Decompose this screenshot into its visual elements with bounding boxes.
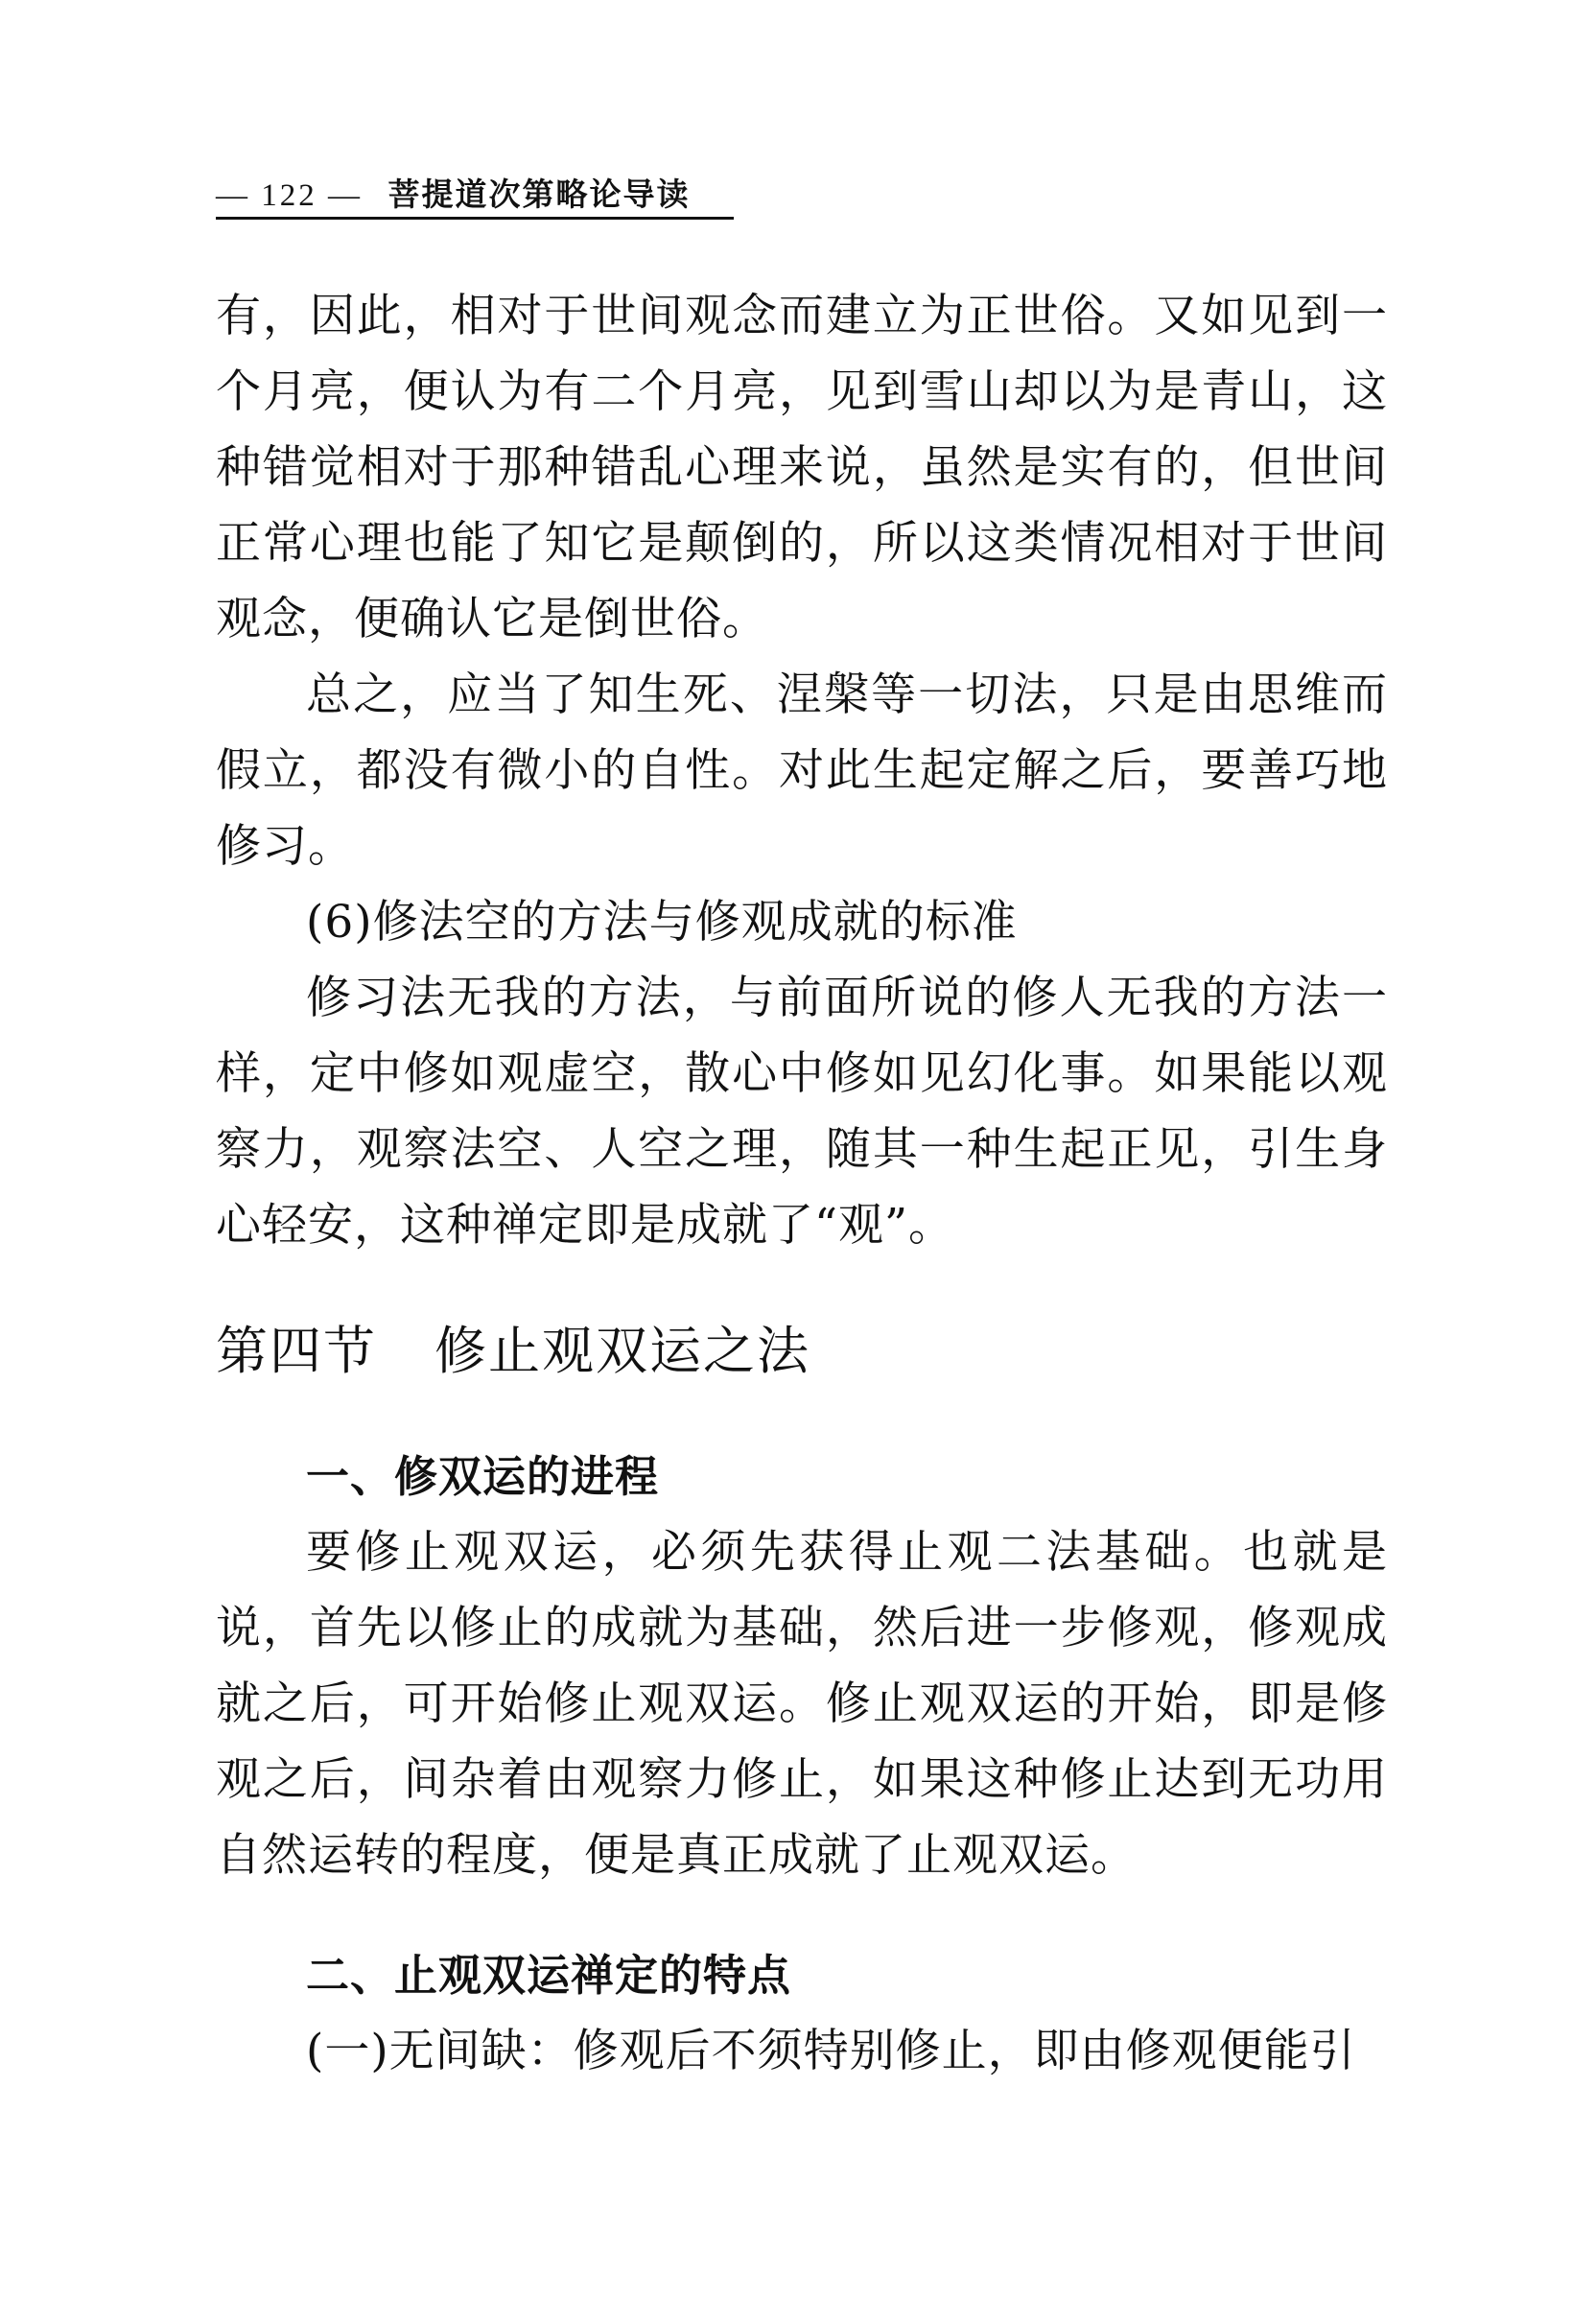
paragraph-worldly-conventions: 有，因此，相对于世间观念而建立为正世俗。又如见到一个月亮，便认为有二个月亮，见到… bbox=[216, 278, 1388, 657]
heading-progression: 一、修双运的进程 bbox=[216, 1439, 1388, 1514]
heading-characteristics: 二、止观双运禅定的特点 bbox=[216, 1937, 1388, 2013]
section-title: 第四节修止观双运之法 bbox=[216, 1313, 1388, 1389]
subheading-emptiness-of-phenomena: (6)修法空的方法与修观成就的标准 bbox=[216, 884, 1388, 960]
page-body: 有，因此，相对于世间观念而建立为正世俗。又如见到一个月亮，便认为有二个月亮，见到… bbox=[216, 278, 1388, 2089]
section-number: 第四节 bbox=[216, 1321, 377, 1381]
section-name: 修止观双运之法 bbox=[434, 1321, 810, 1381]
running-header: — 122 — 菩提道次第略论导读 bbox=[216, 173, 734, 220]
list-item-no-gap: (一)无间缺：修观后不须特别修止，即由修观便能引 bbox=[216, 2013, 1388, 2089]
spacer bbox=[216, 1893, 1388, 1937]
spacer bbox=[216, 1263, 1388, 1313]
book-title: 菩提道次第略论导读 bbox=[388, 176, 691, 213]
paragraph-union-progression: 要修止观双运，必须先获得止观二法基础。也就是说，首先以修止的成就为基础，然后进一… bbox=[216, 1514, 1388, 1893]
page-number: — 122 — bbox=[216, 178, 363, 213]
paragraph-method-selflessness: 修习法无我的方法，与前面所说的修人无我的方法一样，定中修如观虚空，散心中修如见幻… bbox=[216, 960, 1388, 1263]
spacer bbox=[216, 1389, 1388, 1439]
paragraph-summary: 总之，应当了知生死、涅槃等一切法，只是由思维而假立，都没有微小的自性。对此生起定… bbox=[216, 657, 1388, 884]
